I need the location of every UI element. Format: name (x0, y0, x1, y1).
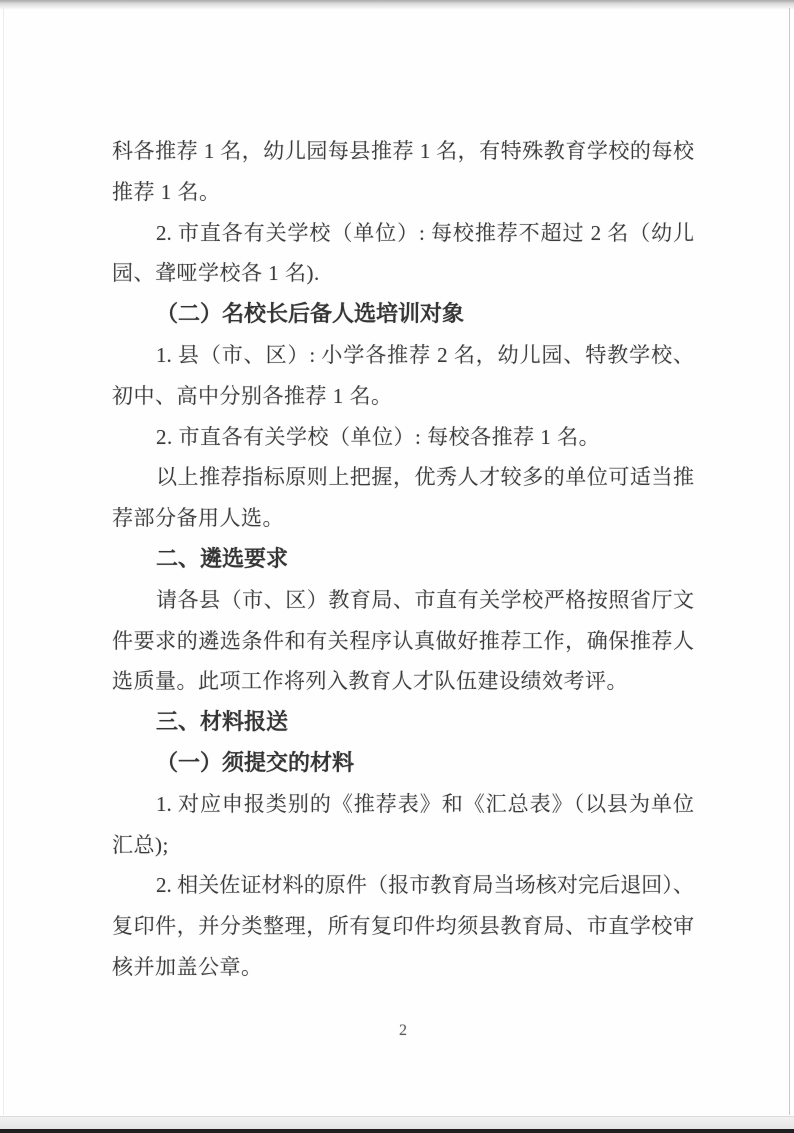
document-line: 件要求的遴选条件和有关程序认真做好推荐工作，确保推荐人 (112, 621, 694, 662)
document-page: 科各推荐 1 名，幼儿园每县推荐 1 名，有特殊教育学校的每校推荐 1 名。2.… (4, 8, 790, 1116)
document-line: 推荐 1 名。 (112, 172, 694, 213)
document-line: 1. 对应申报类别的《推荐表》和《汇总表》（以县为单位 (112, 784, 694, 825)
document-line: 2. 相关佐证材料的原件（报市教育局当场核对完后退回）、 (112, 865, 694, 906)
document-line: 复印件，并分类整理，所有复印件均须县教育局、市直学校审 (112, 906, 694, 947)
document-line: 选质量。此项工作将列入教育人才队伍建设绩效考评。 (112, 661, 694, 702)
document-line: 荐部分备用人选。 (112, 498, 694, 539)
document-body: 科各推荐 1 名，幼儿园每县推荐 1 名，有特殊教育学校的每校推荐 1 名。2.… (112, 131, 694, 988)
top-scan-edge (0, 0, 794, 10)
section-heading: （二）名校长后备人选培训对象 (112, 294, 694, 335)
document-line: 科各推荐 1 名，幼儿园每县推荐 1 名，有特殊教育学校的每校 (112, 131, 694, 172)
scanned-document-view: { "page": { "number": "2", "lines": [ { … (0, 0, 794, 1133)
section-heading: （一）须提交的材料 (112, 743, 694, 784)
document-line: 核并加盖公章。 (112, 947, 694, 988)
bottom-scan-edge (0, 1116, 794, 1130)
document-line: 初中、高中分别各推荐 1 名。 (112, 376, 694, 417)
document-line: 园、聋哑学校各 1 名). (112, 253, 694, 294)
document-line: 2. 市直各有关学校（单位）: 每校各推荐 1 名。 (112, 417, 694, 458)
document-line: 汇总); (112, 825, 694, 866)
section-heading: 三、材料报送 (112, 702, 694, 743)
bottom-bar (0, 1129, 794, 1133)
page-left-edge (3, 8, 4, 1115)
page-number: 2 (112, 1022, 694, 1040)
page-right-edge (789, 8, 790, 1115)
document-line: 请各县（市、区）教育局、市直有关学校严格按照省厅文 (112, 580, 694, 621)
document-line: 2. 市直各有关学校（单位）: 每校推荐不超过 2 名（幼儿 (112, 213, 694, 254)
section-heading: 二、遴选要求 (112, 539, 694, 580)
document-line: 以上推荐指标原则上把握，优秀人才较多的单位可适当推 (112, 457, 694, 498)
document-line: 1. 县（市、区）: 小学各推荐 2 名，幼儿园、特教学校、 (112, 335, 694, 376)
